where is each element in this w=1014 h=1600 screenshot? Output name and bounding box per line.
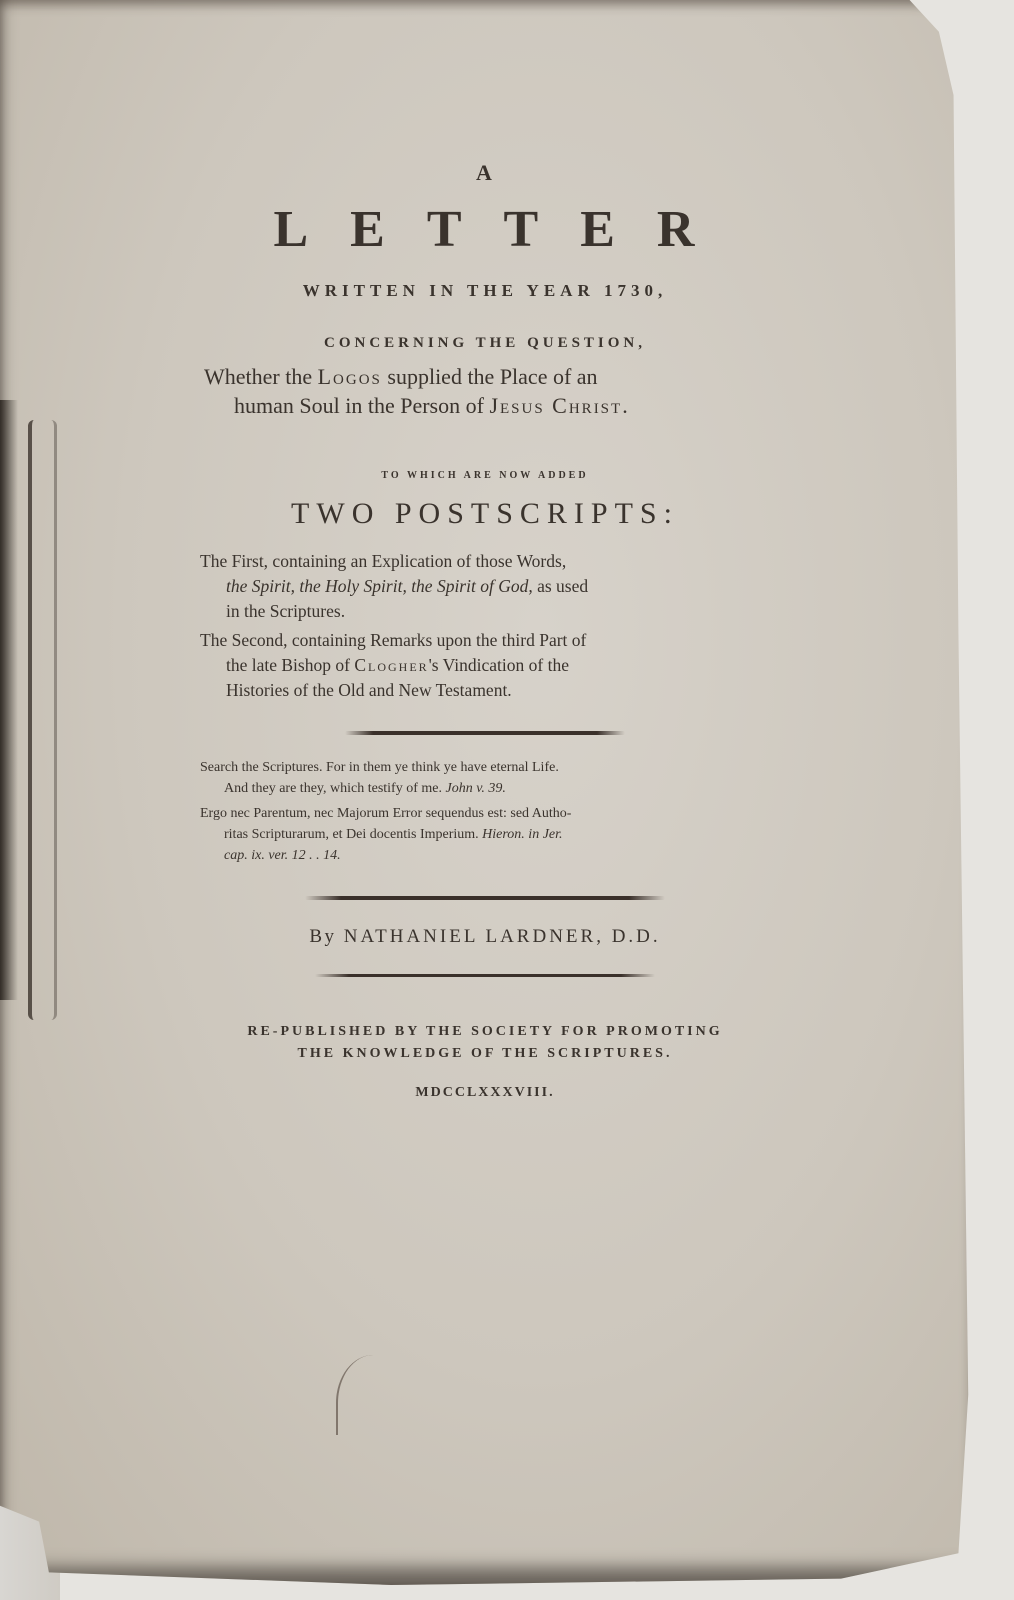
epigraph-reference: John v. 39. xyxy=(445,781,505,796)
postscript-clogher: Clogher xyxy=(354,655,428,675)
author-by: By xyxy=(309,926,343,947)
question-line2-pre: human Soul in the Person of xyxy=(234,393,489,418)
ornamental-rule xyxy=(315,974,655,977)
title-main: LETTER xyxy=(240,200,770,259)
question-text: Whether the Logos supplied the Place of … xyxy=(200,362,770,420)
epigraph-reference: Hieron. in Jer. xyxy=(482,827,562,842)
epigraph-john: Search the Scriptures. For in them ye th… xyxy=(200,757,770,799)
imprint: RE-PUBLISHED BY THE SOCIETY FOR PROMOTIN… xyxy=(200,1021,770,1065)
imprint-line: RE-PUBLISHED BY THE SOCIETY FOR PROMOTIN… xyxy=(200,1021,770,1043)
postscript-italic: the Spirit, the Holy Spirit, the Spirit … xyxy=(226,576,533,596)
epigraph-line: Search the Scriptures. For in them ye th… xyxy=(200,760,559,775)
title-article: A xyxy=(200,160,770,186)
epigraph-line: And they are they, which testify of me. … xyxy=(200,778,770,799)
two-postscripts-heading: TWO POSTSCRIPTS: xyxy=(200,497,770,531)
title-page: A LETTER WRITTEN IN THE YEAR 1730, CONCE… xyxy=(0,0,978,1585)
question-line1-pre: Whether the xyxy=(204,364,318,389)
publication-date: MDCCLXXXVIII. xyxy=(200,1085,770,1101)
question-jesus-christ: Jesus Christ xyxy=(489,393,622,418)
question-line2-post: . xyxy=(622,393,628,418)
question-line1: Whether the Logos supplied the Place of … xyxy=(204,364,598,389)
paper-crease xyxy=(336,1355,398,1435)
postscript-line: The Second, containing Remarks upon the … xyxy=(200,630,586,650)
spine-shadow xyxy=(0,400,18,1000)
postscripts-list: The First, containing an Explication of … xyxy=(200,549,770,703)
question-line1-post: supplied the Place of an xyxy=(382,364,598,389)
question-line2: human Soul in the Person of Jesus Christ… xyxy=(204,391,770,420)
title-page-content: A LETTER WRITTEN IN THE YEAR 1730, CONCE… xyxy=(200,150,770,1101)
author-name: NATHANIEL LARDNER, D.D. xyxy=(344,926,661,947)
postscript-second: The Second, containing Remarks upon the … xyxy=(200,628,770,703)
ornamental-rule xyxy=(345,731,625,735)
author-line: By NATHANIEL LARDNER, D.D. xyxy=(200,926,770,948)
imprint-line: THE KNOWLEDGE OF THE SCRIPTURES. xyxy=(200,1043,770,1065)
postscript-line: The First, containing an Explication of … xyxy=(200,551,566,571)
subtitle-written: WRITTEN IN THE YEAR 1730, xyxy=(200,281,770,301)
postscript-line-pre: the late Bishop of xyxy=(226,655,354,675)
postscript-line: Histories of the Old and New Testament. xyxy=(200,678,770,703)
epigraph-line: ritas Scripturarum, et Dei docentis Impe… xyxy=(200,824,770,845)
epigraph-reference: cap. ix. ver. 12 . . 14. xyxy=(200,845,770,866)
postscript-first: The First, containing an Explication of … xyxy=(200,549,770,624)
postscript-line: the late Bishop of Clogher's Vindication… xyxy=(200,653,770,678)
epigraph-jerome: Ergo nec Parentum, nec Majorum Error seq… xyxy=(200,803,770,866)
postscript-line: in the Scriptures. xyxy=(200,599,770,624)
epigraph-line: Ergo nec Parentum, nec Majorum Error seq… xyxy=(200,806,571,821)
epigraph-text: And they are they, which testify of me. xyxy=(224,781,445,796)
epigraph-text: ritas Scripturarum, et Dei docentis Impe… xyxy=(224,827,482,842)
postscript-line-post: as used xyxy=(533,576,588,596)
spine-stitching xyxy=(28,420,57,1020)
epigraphs: Search the Scriptures. For in them ye th… xyxy=(200,757,770,866)
ornamental-rule xyxy=(305,896,665,900)
postscript-line: the Spirit, the Holy Spirit, the Spirit … xyxy=(200,574,770,599)
subtitle-concerning: CONCERNING THE QUESTION, xyxy=(200,335,770,352)
to-which-added: TO WHICH ARE NOW ADDED xyxy=(200,470,770,481)
question-logos: Logos xyxy=(318,364,382,389)
postscript-line-post: 's Vindication of the xyxy=(429,655,569,675)
